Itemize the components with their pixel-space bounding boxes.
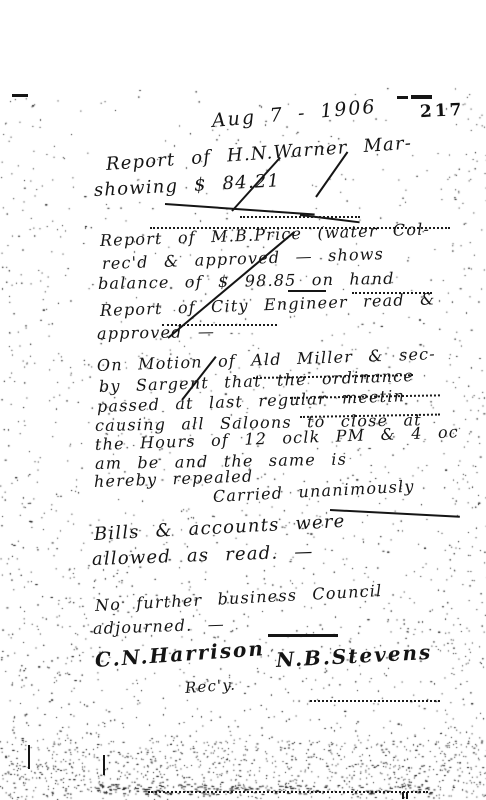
adjourned-dash [268, 634, 338, 637]
minutes-line-7: approved — [97, 324, 215, 342]
header-dash-2 [411, 95, 432, 99]
minutes-line-19: adjourned. — [93, 616, 225, 637]
amount-underline-2 [288, 290, 326, 292]
stevens-underline [310, 700, 440, 702]
margin-dash [12, 94, 28, 97]
scanned-minutes-page: 217 Aug 7 - 1906Report of H.N.Warner Mar… [0, 0, 486, 800]
header-dash-1 [397, 96, 408, 99]
corner-tick-2 [406, 792, 408, 799]
corner-tick-1 [402, 792, 404, 799]
page-number: 217 [420, 100, 465, 122]
bottom-tick-2 [103, 755, 105, 775]
dotted-rule-1 [240, 216, 360, 218]
recorder-title: Rec'y. [184, 677, 236, 696]
bottom-tick-1 [28, 745, 30, 769]
bottom-dotted-rule [148, 791, 428, 793]
